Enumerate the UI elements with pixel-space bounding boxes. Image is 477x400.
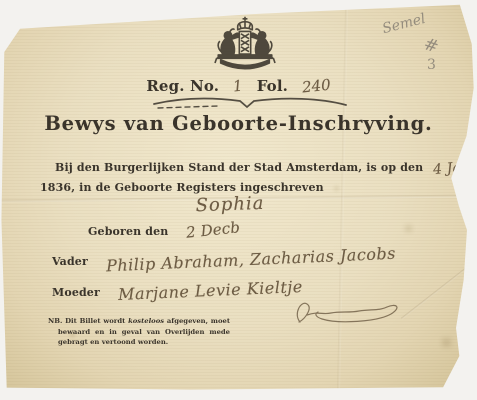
paper-stains	[0, 0, 1, 1]
footnote-text-1: Dit Billet wordt	[65, 317, 125, 325]
reg-no-value: 1	[232, 77, 243, 96]
footnote-prefix: NB.	[48, 317, 62, 325]
father-row: Vader Philip Abraham, Zacharias Jacobs	[52, 250, 396, 269]
amsterdam-coat-of-arms-icon	[204, 16, 286, 76]
father-label: Vader	[52, 255, 88, 268]
official-signature	[278, 292, 413, 340]
mother-name-handwritten: Marjane Levie Kieltje	[118, 277, 303, 304]
certificate-paper: Semel # 3	[0, 0, 477, 400]
mother-row: Moeder Marjane Levie Kieltje	[52, 281, 303, 300]
photo-background: Semel # 3	[0, 0, 477, 400]
footnote: NB. Dit Billet wordt kosteloos afgegeven…	[48, 316, 230, 348]
born-row: Geboren den 2 Decb	[88, 221, 241, 239]
fol-value: 240	[301, 76, 331, 97]
body-line-1: Bij den Burgerlijken Stand der Stad Amst…	[55, 159, 477, 175]
fol-label: Fol.	[257, 77, 288, 95]
registration-date-handwritten: 4 Januarij	[433, 156, 477, 178]
pencil-annotation-word: Semel	[381, 11, 427, 37]
born-date-handwritten: 2 Decb	[186, 218, 242, 242]
mother-label: Moeder	[52, 286, 100, 299]
pencil-annotation-number: 3	[427, 57, 436, 73]
footnote-italic-word: kosteloos	[128, 317, 164, 325]
pencil-annotation-mark: #	[421, 34, 441, 57]
register-line: Reg. No. 1 Fol. 240	[0, 77, 477, 95]
born-label: Geboren den	[88, 225, 168, 238]
father-name-handwritten: Philip Abraham, Zacharias Jacobs	[106, 244, 397, 276]
certificate-title: Bewys van Geboorte-Inschryving.	[0, 112, 477, 135]
reg-no-label: Reg. No.	[146, 77, 219, 95]
body-line-1-text: Bij den Burgerlijken Stand der Stad Amst…	[55, 161, 423, 174]
